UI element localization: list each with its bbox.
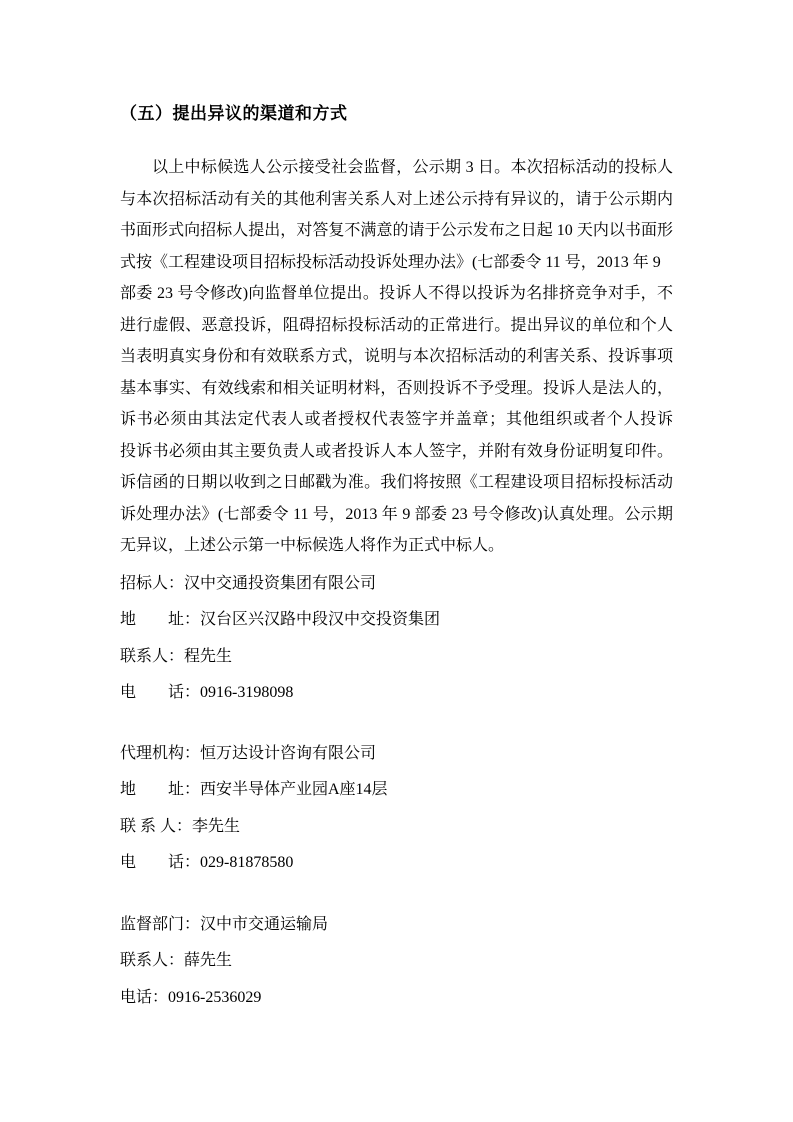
supervisor-phone-line: 电话：0916-2536029: [120, 980, 673, 1017]
paragraph-line: 部委 23 号令修改)向监督单位提出。投诉人不得以投诉为名排挤竞争对手，不得: [120, 278, 673, 310]
paragraph-line: 诉处理办法》(七部委令 11 号，2013 年 9 部委 23 号令修改)认真处…: [120, 499, 673, 531]
paragraph-line: 无异议，上述公示第一中标候选人将作为正式中标人。: [120, 530, 673, 562]
agency-address-line: 地 址：西安半导体产业园A座14层: [120, 772, 673, 809]
agency-contact-block: 代理机构：恒万达设计咨询有限公司 地 址：西安半导体产业园A座14层 联 系 人…: [120, 736, 673, 882]
document-content: （五）提出异议的渠道和方式 以上中标候选人公示接受社会监督，公示期 3 日。本次…: [120, 102, 673, 1016]
paragraph-line: 诉信函的日期以收到之日邮戳为准。我们将按照《工程建设项目招标投标活动投: [120, 467, 673, 499]
paragraph-line: 基本事实、有效线索和相关证明材料，否则投诉不予受理。投诉人是法人的，投: [120, 373, 673, 405]
agency-contact-person-line: 联 系 人：李先生: [120, 809, 673, 846]
paragraph-line: 式按《工程建设项目招标投标活动投诉处理办法》(七部委令 11 号，2013 年 …: [120, 247, 673, 279]
paragraph-line: 诉书必须由其法定代表人或者授权代表签字并盖章；其他组织或者个人投诉的，: [120, 404, 673, 436]
document-page: （五）提出异议的渠道和方式 以上中标候选人公示接受社会监督，公示期 3 日。本次…: [0, 0, 793, 1122]
paragraph-line: 书面形式向招标人提出，对答复不满意的请于公示发布之日起 10 天内以书面形: [120, 215, 673, 247]
tenderer-phone-line: 电 话：0916-3198098: [120, 675, 673, 712]
objection-paragraph: 以上中标候选人公示接受社会监督，公示期 3 日。本次招标活动的投标人或 与本次招…: [120, 152, 673, 562]
paragraph-line: 以上中标候选人公示接受社会监督，公示期 3 日。本次招标活动的投标人或: [120, 152, 673, 184]
paragraph-line: 与本次招标活动有关的其他利害关系人对上述公示持有异议的，请于公示期内以: [120, 184, 673, 216]
supervisor-name-line: 监督部门：汉中市交通运输局: [120, 907, 673, 944]
tenderer-address-line: 地 址：汉台区兴汉路中段汉中交投资集团: [120, 602, 673, 639]
supervisor-contact-person-line: 联系人：薛先生: [120, 943, 673, 980]
supervisor-contact-block: 监督部门：汉中市交通运输局 联系人：薛先生 电话：0916-2536029: [120, 907, 673, 1017]
agency-phone-line: 电 话：029-81878580: [120, 845, 673, 882]
tenderer-contact-block: 招标人：汉中交通投资集团有限公司 地 址：汉台区兴汉路中段汉中交投资集团 联系人…: [120, 566, 673, 712]
paragraph-line: 当表明真实身份和有效联系方式，说明与本次招标活动的利害关系、投诉事项的: [120, 341, 673, 373]
section-heading: （五）提出异议的渠道和方式: [120, 102, 673, 126]
agency-name-line: 代理机构：恒万达设计咨询有限公司: [120, 736, 673, 773]
tenderer-name-line: 招标人：汉中交通投资集团有限公司: [120, 566, 673, 603]
paragraph-line: 投诉书必须由其主要负责人或者投诉人本人签字，并附有效身份证明复印件。投: [120, 436, 673, 468]
paragraph-line: 进行虚假、恶意投诉，阻碍招标投标活动的正常进行。提出异议的单位和个人应: [120, 310, 673, 342]
tenderer-contact-person-line: 联系人：程先生: [120, 639, 673, 676]
